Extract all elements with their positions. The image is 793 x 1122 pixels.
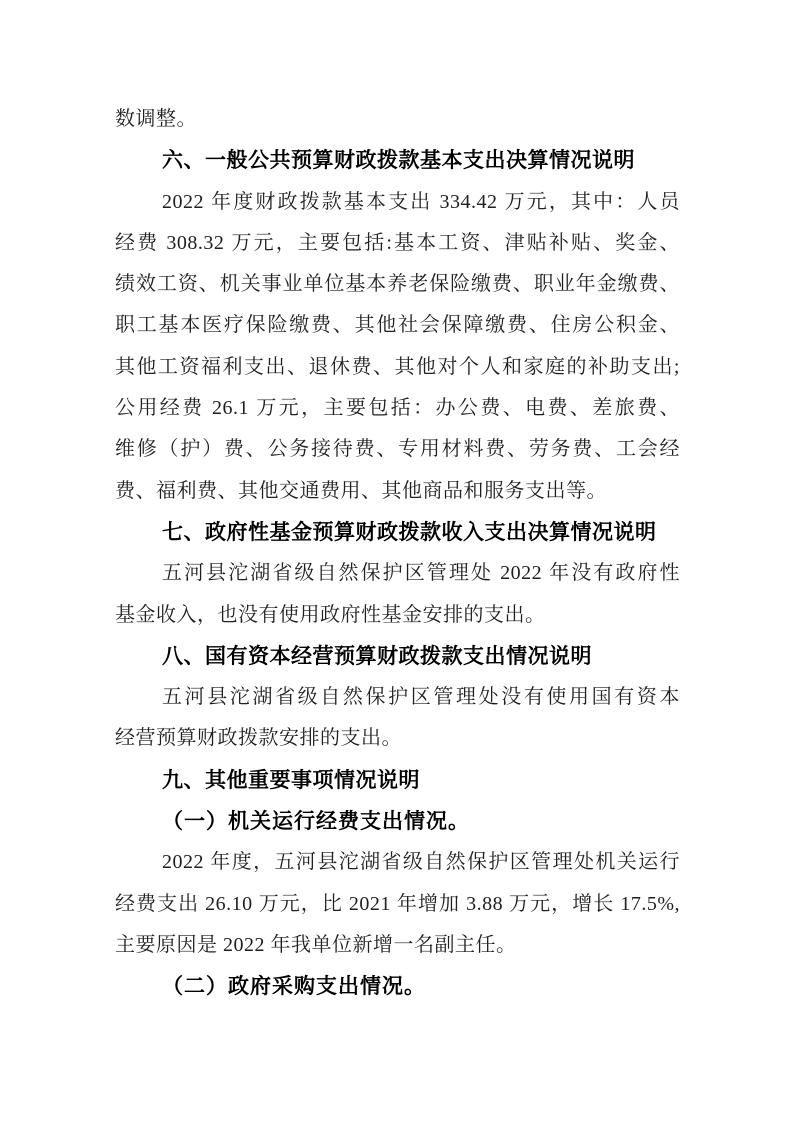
body-text-line: 2022 年度，五河县沱湖省级自然保护区管理处机关运行 [115, 842, 680, 883]
section-heading: 八、国有资本经营预算财政拨款支出情况说明 [115, 636, 680, 677]
body-text-line: 费、福利费、其他交通费用、其他商品和服务支出等。 [115, 471, 680, 512]
body-text-line: 2022 年度财政拨款基本支出 334.42 万元，其中：人员 [115, 182, 680, 223]
body-text-line: 绩效工资、机关事业单位基本养老保险缴费、职业年金缴费、 [115, 264, 680, 305]
subsection-heading: （二）政府采购支出情况。 [115, 966, 680, 1007]
document-content: 数调整。六、一般公共预算财政拨款基本支出决算情况说明2022 年度财政拨款基本支… [115, 99, 680, 1008]
subsection-heading: （一）机关运行经费支出情况。 [115, 801, 680, 842]
section-heading: 九、其他重要事项情况说明 [115, 760, 680, 801]
body-text-line: 职工基本医疗保险缴费、其他社会保障缴费、住房公积金、 [115, 305, 680, 346]
body-text-line: 经费 308.32 万元，主要包括:基本工资、津贴补贴、奖金、 [115, 223, 680, 264]
body-text-line: 数调整。 [115, 99, 680, 140]
body-text-line: 其他工资福利支出、退休费、其他对个人和家庭的补助支出; [115, 347, 680, 388]
section-heading: 六、一般公共预算财政拨款基本支出决算情况说明 [115, 140, 680, 181]
body-text-line: 经营预算财政拨款安排的支出。 [115, 718, 680, 759]
body-text-line: 基金收入，也没有使用政府性基金安排的支出。 [115, 595, 680, 636]
body-text-line: 五河县沱湖省级自然保护区管理处没有使用国有资本 [115, 677, 680, 718]
body-text-line: 五河县沱湖省级自然保护区管理处 2022 年没有政府性 [115, 553, 680, 594]
section-heading: 七、政府性基金预算财政拨款收入支出决算情况说明 [115, 512, 680, 553]
body-text-line: 公用经费 26.1 万元，主要包括：办公费、电费、差旅费、 [115, 388, 680, 429]
document-page: 数调整。六、一般公共预算财政拨款基本支出决算情况说明2022 年度财政拨款基本支… [0, 0, 793, 1122]
body-text-line: 经费支出 26.10 万元，比 2021 年增加 3.88 万元，增长 17.5… [115, 884, 680, 925]
body-text-line: 主要原因是 2022 年我单位新增一名副主任。 [115, 925, 680, 966]
body-text-line: 维修（护）费、公务接待费、专用材料费、劳务费、工会经 [115, 429, 680, 470]
